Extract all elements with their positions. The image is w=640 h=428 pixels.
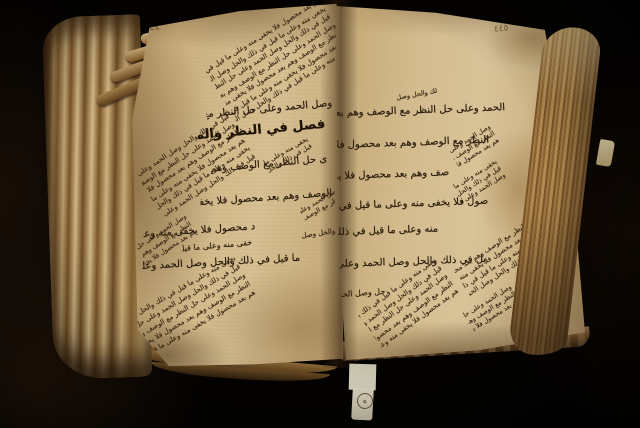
manuscript-photograph: ٤٤٤ وصل الحمد وعلى حل النظر مع الوصففصل … (0, 0, 640, 428)
bookmark-tab (349, 364, 377, 391)
left-page-text-layer: وصل الحمد وعلى حل النظر مع الوصففصل في ا… (128, 2, 343, 366)
manuscript-text-line: الحمد وعلى حل النظر مع الوصف وهم بعد محص… (337, 101, 505, 120)
fore-edge-paper-tab (596, 139, 615, 167)
manuscript-text-line: لك والحل وصل الحم (395, 87, 438, 103)
manuscript-text-line: خفى منه وعلى ما قيل في (182, 238, 253, 254)
gutter-shadow (320, 0, 358, 368)
left-page: ٤٤٤ وصل الحمد وعلى حل النظر مع الوصففصل … (128, 2, 343, 366)
marginal-gloss-cluster: يخفى منه وعلى ما قيل في ذلك والحل قيل في… (356, 256, 461, 350)
